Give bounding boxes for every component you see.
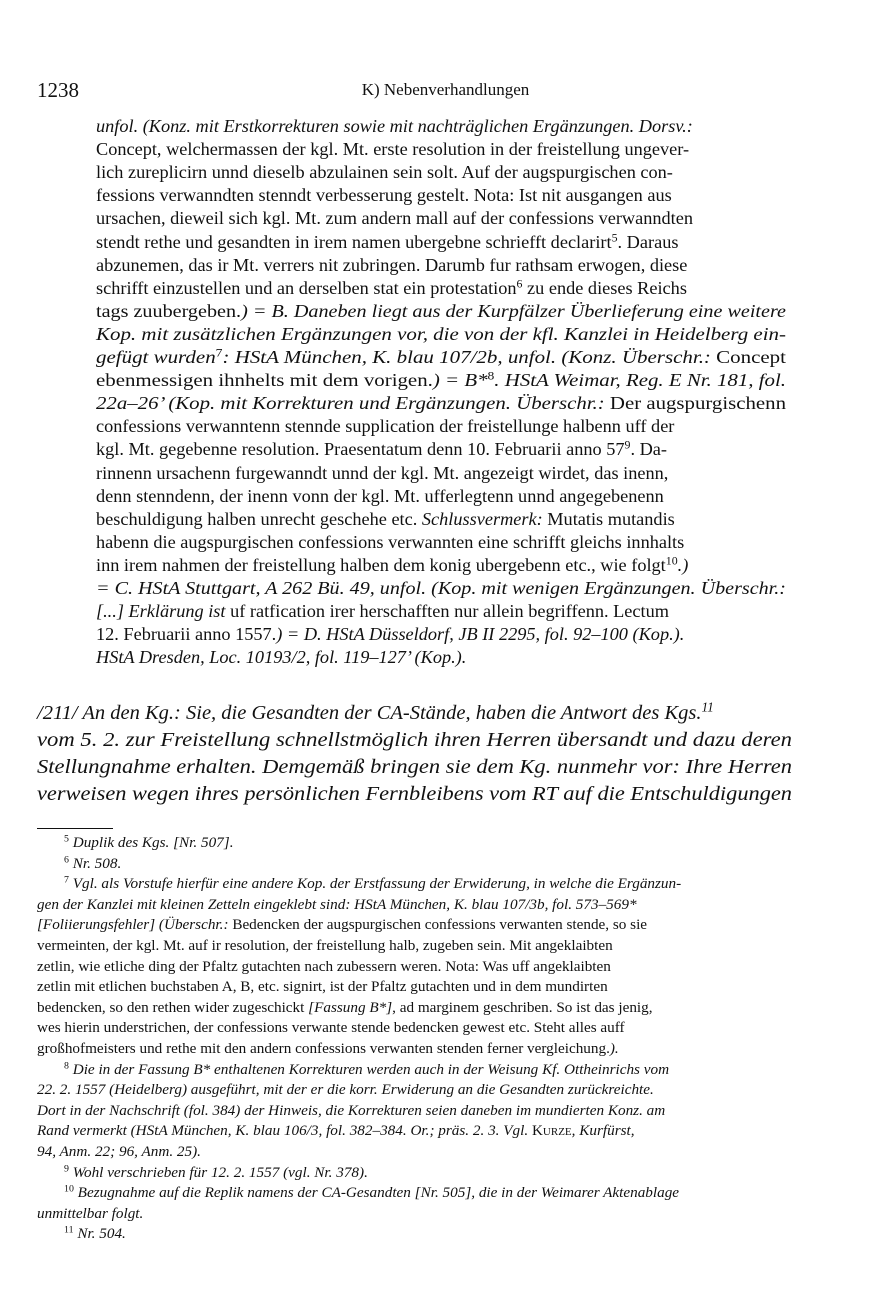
footnotes-line: bedencken, so den rethen wider zugeschic… [37,999,653,1017]
apparatus-line: Concept, welchermassen der kgl. Mt. erst… [96,139,689,160]
text-run: uf ratfication irer herschafften nur all… [226,601,669,621]
text-run: fessions verwanndten stenndt verbesserun… [96,185,672,205]
text-run: kgl. Mt. gegebenne resolution. Praesenta… [96,439,625,459]
footnotes-line: 94, Anm. 22; 96, Anm. 25). [37,1143,201,1161]
regest-line: /211/ An den Kg.: Sie, die Gesandten der… [37,702,714,725]
text-run: 22. 2. 1557 (Heidelberg) ausgeführt, mit… [37,1081,654,1098]
text-run: , Kurfürst, [572,1122,635,1139]
apparatus-line: tags zuubergeben.) = B. Daneben liegt au… [96,301,786,322]
footnotes-line: Dort in der Nachschrift (fol. 384) der H… [37,1102,665,1120]
text-run: . Da- [630,439,667,459]
text-run: 12. Februarii anno 1557. [96,624,276,644]
text-run: vermeinten, der kgl. Mt. auf ir resoluti… [37,937,613,954]
text-run: HStA Dresden, Loc. 10193/2, fol. 119–127… [96,647,466,667]
text-run: [Fassung B*] [308,999,392,1016]
footnotes-line: 11 Nr. 504. [64,1225,126,1243]
text-run: ) = D. HStA Düsseldorf, JB II 2295, fol.… [276,624,684,644]
text-run: zu ende dieses Reichs [522,278,686,298]
footnotes-line: zetlin mit etlichen buchstaben A, B, etc… [37,978,608,996]
regest-line: vom 5. 2. zur Freistellung schnellstmögl… [37,729,792,752]
apparatus-line: fessions verwanndten stenndt verbesserun… [96,185,672,206]
apparatus-line: habenn die augspurgischen confessions ve… [96,532,684,553]
apparatus-line: ebenmessigen ihnhelts mit dem vorigen.) … [96,370,786,391]
text-run: ursachen, dieweil sich kgl. Mt. zum ande… [96,208,693,228]
footnote-ref: 8 [488,369,495,383]
text-run: ) = B* [433,370,488,390]
text-run: lich zureplicirn unnd dieselb abzulainen… [96,162,673,182]
footnotes-line: 6 Nr. 508. [64,855,121,873]
apparatus-line: [...] Erklärung ist uf ratfication irer … [96,601,669,622]
text-run: großhofmeisters und rethe mit den andern… [37,1040,610,1057]
regest-line: Stellungnahme erhalten. Demgemäß bringen… [37,756,792,779]
text-run: Dort in der Nachschrift (fol. 384) der H… [37,1102,665,1119]
apparatus-line: denn stenndenn, der inenn vonn der kgl. … [96,486,664,507]
footnotes-line: Rand vermerkt (HStA München, K. blau 106… [37,1122,635,1140]
text-run: stendt rethe und gesandten in irem namen… [96,232,612,252]
text-run: , ad marginem geschriben. So ist das jen… [392,999,652,1016]
text-run: verweisen wegen ihres persönlichen Fernb… [37,783,792,805]
text-run: = C. HStA Stuttgart, A 262 Bü. 49, unfol… [96,578,786,598]
text-run: schrifft einzustellen und an derselben s… [96,278,517,298]
text-run: Mutatis mutandis [543,509,675,529]
text-run: Schlussvermerk: [422,509,543,529]
text-run: Rand vermerkt (HStA München, K. blau 106… [37,1122,532,1139]
footnote-ref: 11 [64,1225,74,1236]
text-run: 94, Anm. 22; 96, Anm. 25). [37,1143,201,1160]
text-run: denn stenndenn, der inenn vonn der kgl. … [96,486,664,506]
text-run: unmittelbar folgt. [37,1205,143,1222]
footnote-ref: 11 [701,700,713,715]
text-run: zetlin, wie etliche ding der Pfaltz guta… [37,958,611,975]
apparatus-line: beschuldigung halben unrecht geschehe et… [96,509,675,530]
apparatus-line: gefügt wurden7: HStA München, K. blau 10… [96,347,786,368]
text-run: Concept, welchermassen der kgl. Mt. erst… [96,139,689,159]
text-run: /211/ An den Kg.: Sie, die Gesandten der… [37,702,701,724]
apparatus-line: 12. Februarii anno 1557.) = D. HStA Düss… [96,624,684,645]
footnote-ref: 10 [64,1184,74,1195]
text-run: abzunemen, das ir Mt. verrers nit zubrin… [96,255,687,275]
text-run: rinnenn ursachenn furgewanndt unnd der k… [96,463,668,483]
apparatus-line: unfol. (Konz. mit Erstkorrekturen sowie … [96,116,693,137]
footnotes-line: [Foliierungsfehler] (Überschr.: Bedencke… [37,916,647,934]
apparatus-line: 22a–26’ (Kop. mit Korrekturen und Ergänz… [96,393,786,414]
text-run: Der augspurgischenn [610,393,786,413]
apparatus-line: lich zureplicirn unnd dieselb abzulainen… [96,162,673,183]
text-run: Bezugnahme auf die Replik namens der CA-… [74,1184,679,1201]
text-run: Wohl verschrieben für 12. 2. 1557 (vgl. … [69,1164,368,1181]
apparatus-line: confessions verwanntenn stennde supplica… [96,416,674,437]
regest-line: verweisen wegen ihres persönlichen Fernb… [37,783,792,806]
text-run: Duplik des Kgs. [Nr. 507]. [69,834,234,851]
text-run: beschuldigung halben unrecht geschehe et… [96,509,422,529]
text-run: Stellungnahme erhalten. Demgemäß bringen… [37,756,792,778]
footnote-ref: 10 [666,553,678,567]
running-head: K) Nebenverhandlungen [0,80,891,100]
text-run: : HStA München, K. blau 107/2b, unfol. (… [222,347,716,367]
footnotes-line: wes hierin understrichen, der confession… [37,1019,625,1037]
footnotes-line: 7 Vgl. als Vorstufe hierfür eine andere … [64,875,681,893]
text-run: inn irem nahmen der freistellung halben … [96,555,666,575]
text-run: wes hierin understrichen, der confession… [37,1019,625,1036]
text-run: tags zuubergeben. [96,301,241,321]
apparatus-line: schrifft einzustellen und an derselben s… [96,278,687,299]
text-run: ). [610,1040,619,1057]
text-run: [...] Erklärung ist [96,601,226,621]
text-run: .) [678,555,689,575]
text-run: zetlin mit etlichen buchstaben A, B, etc… [37,978,608,995]
apparatus-line: ursachen, dieweil sich kgl. Mt. zum ande… [96,208,693,229]
apparatus-line: HStA Dresden, Loc. 10193/2, fol. 119–127… [96,647,466,668]
text-run: . HStA Weimar, Reg. E Nr. 181, fol. [494,370,786,390]
text-run: gen der Kanzlei mit kleinen Zetteln eing… [37,896,637,913]
apparatus-line: stendt rethe und gesandten in irem namen… [96,232,678,253]
text-run: confessions verwanntenn stennde supplica… [96,416,674,436]
apparatus-line: = C. HStA Stuttgart, A 262 Bü. 49, unfol… [96,578,786,599]
text-run: [Foliierungsfehler] (Überschr.: [37,916,232,933]
footnotes-line: unmittelbar folgt. [37,1205,143,1223]
footnotes-line: gen der Kanzlei mit kleinen Zetteln eing… [37,896,637,914]
footnotes-line: 10 Bezugnahme auf die Replik namens der … [64,1184,679,1202]
text-run: gefügt wurden [96,347,216,367]
footnotes-line: 22. 2. 1557 (Heidelberg) ausgeführt, mit… [37,1081,654,1099]
footnotes-line: 5 Duplik des Kgs. [Nr. 507]. [64,834,234,852]
text-run: ) = B. Daneben liegt aus der Kurpfälzer … [241,301,786,321]
text-run: habenn die augspurgischen confessions ve… [96,532,684,552]
apparatus-line: rinnenn ursachenn furgewanndt unnd der k… [96,463,668,484]
text-run: . Daraus [618,232,679,252]
text-run: 22a–26’ (Kop. mit Korrekturen und Ergänz… [96,393,610,413]
footnotes-line: vermeinten, der kgl. Mt. auf ir resoluti… [37,937,613,955]
apparatus-line: Kop. mit zusätzlichen Ergänzungen vor, d… [96,324,786,345]
text-run: Nr. 508. [69,855,121,872]
footnotes-line: 8 Die in der Fassung B* enthaltenen Korr… [64,1061,669,1079]
text-run: Die in der Fassung B* enthaltenen Korrek… [69,1061,669,1078]
footnotes-line: großhofmeisters und rethe mit den andern… [37,1040,619,1058]
text-run: ebenmessigen ihnhelts mit dem vorigen. [96,370,433,390]
text-run: Nr. 504. [74,1225,126,1242]
footnotes-line: 9 Wohl verschrieben für 12. 2. 1557 (vgl… [64,1164,368,1182]
footnote-divider [37,828,113,829]
apparatus-line: inn irem nahmen der freistellung halben … [96,555,688,576]
text-run: vom 5. 2. zur Freistellung schnellstmögl… [37,729,792,751]
text-run: unfol. (Konz. mit Erstkorrekturen sowie … [96,116,693,136]
apparatus-line: abzunemen, das ir Mt. verrers nit zubrin… [96,255,687,276]
footnotes-line: zetlin, wie etliche ding der Pfaltz guta… [37,958,611,976]
text-run: Concept [716,347,786,367]
text-run: Kop. mit zusätzlichen Ergänzungen vor, d… [96,324,786,344]
text-run: Bedencken der augspurgischen confessions… [232,916,647,933]
text-run: Kurze [532,1122,572,1139]
text-run: bedencken, so den rethen wider zugeschic… [37,999,308,1016]
apparatus-line: kgl. Mt. gegebenne resolution. Praesenta… [96,439,667,460]
text-run: Vgl. als Vorstufe hierfür eine andere Ko… [69,875,681,892]
